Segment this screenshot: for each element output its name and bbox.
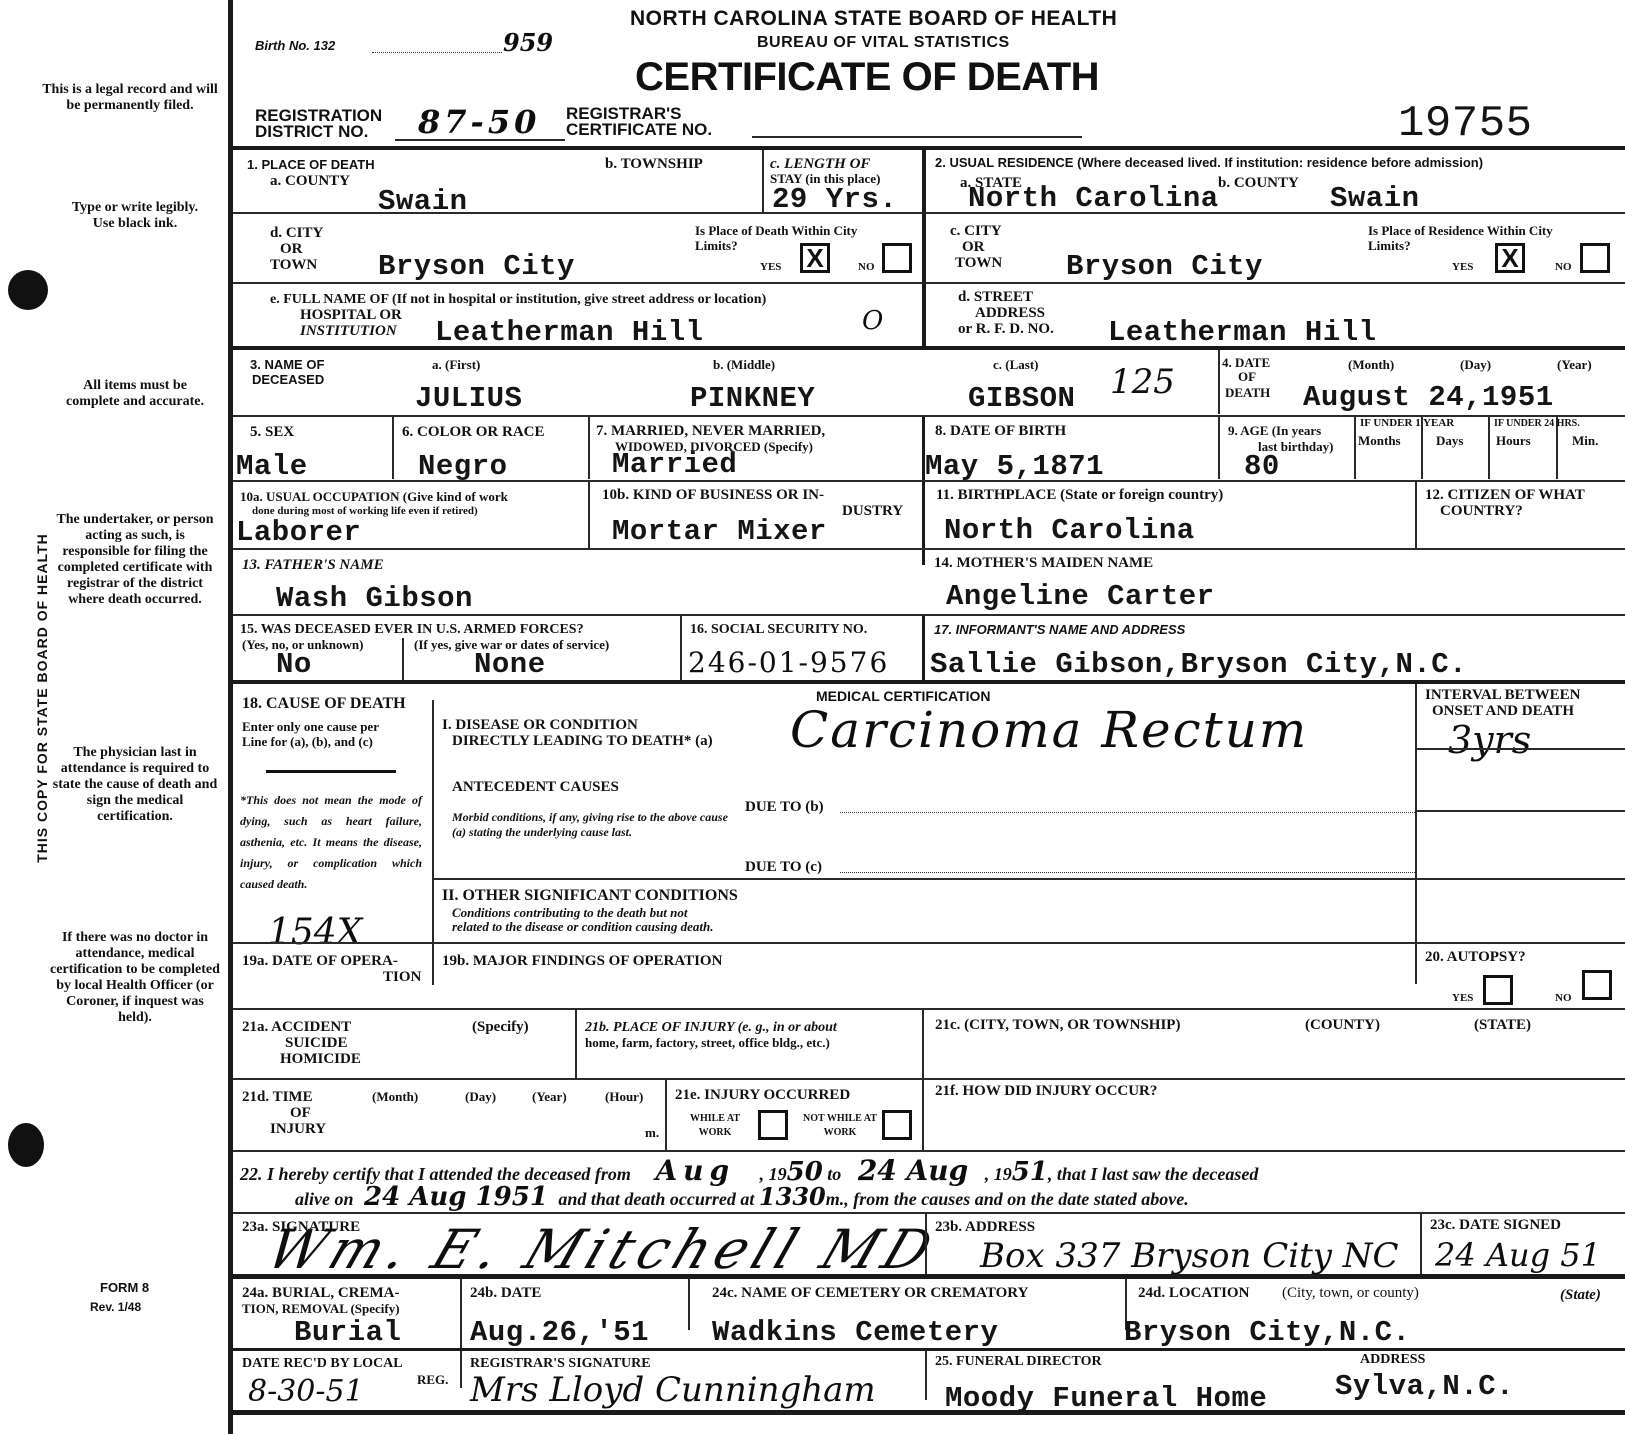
residence-county-label: b. COUNTY — [1218, 176, 1299, 191]
residence-state-value: North Carolina — [968, 184, 1219, 213]
cert-to-label: to — [827, 1164, 841, 1184]
industry-label: 10b. KIND OF BUSINESS OR IN- — [602, 488, 824, 503]
no-label: NO — [1555, 262, 1572, 273]
residence-county-value: Swain — [1330, 184, 1420, 213]
divider — [266, 770, 396, 773]
death-city-value: Bryson City — [378, 252, 575, 281]
citizen-label: 12. CITIZEN OF WHAT — [1425, 488, 1585, 503]
armed-forces-label: 15. WAS DECEASED EVER IN U.S. ARMED FORC… — [240, 622, 584, 637]
days-label: Days — [1436, 434, 1463, 447]
autopsy-yes-checkbox[interactable] — [1483, 975, 1513, 1005]
cert-to-date: 24 Aug — [846, 1154, 980, 1187]
divider — [922, 1010, 924, 1152]
injury-hour-label: (Hour) — [605, 1090, 643, 1103]
divider — [922, 616, 925, 680]
last-name-value: GIBSON — [968, 384, 1075, 413]
page-title: CERTIFICATE OF DEATH — [635, 55, 1099, 99]
cert-text-4: m., from the causes and on the date stat… — [826, 1189, 1189, 1209]
while-at-work-label: WHILE AT WORK — [675, 1112, 755, 1140]
residence-city-or: OR — [962, 240, 985, 255]
divider — [680, 616, 682, 680]
injury-city-label: 21c. (CITY, TOWN, OR TOWNSHIP) — [935, 1018, 1180, 1033]
informant-value: Sallie Gibson,Bryson City,N.C. — [930, 650, 1467, 679]
date-received-label-2: REG. — [417, 1372, 448, 1387]
middle-name-label: b. (Middle) — [713, 358, 775, 371]
stay-value: 29 Yrs. — [772, 185, 897, 214]
interval-label: INTERVAL BETWEEN — [1425, 688, 1581, 703]
due-to-c-label: DUE TO (c) — [745, 860, 822, 875]
sex-label: 5. SEX — [250, 425, 294, 440]
yes-label: YES — [1452, 993, 1473, 1004]
injury-month-label: (Month) — [372, 1090, 418, 1103]
autopsy-no-checkbox[interactable] — [1582, 970, 1612, 1000]
reg-district-label-2: DISTRICT NO. — [255, 124, 368, 139]
injury-state-label: (STATE) — [1474, 1018, 1531, 1033]
other-conditions-label: II. OTHER SIGNIFICANT CONDITIONS — [442, 888, 738, 903]
autopsy-label: 20. AUTOPSY? — [1425, 950, 1526, 965]
father-label: 13. FATHER'S NAME — [242, 558, 384, 573]
place-of-death-label: 1. PLACE OF DEATH — [247, 158, 375, 171]
funeral-address-label: ADDRESS — [1360, 1352, 1425, 1367]
divider — [1218, 350, 1220, 414]
injury-county-label: (COUNTY) — [1305, 1018, 1380, 1033]
death-within-limits-yes-checkbox[interactable]: X — [800, 243, 830, 273]
divider — [588, 482, 590, 548]
last-name-label: c. (Last) — [993, 358, 1039, 371]
cause-note-1: Enter only one cause per — [242, 720, 379, 733]
reg-district-value: 87-50 — [418, 103, 540, 141]
death-within-limits-no-checkbox[interactable] — [882, 243, 912, 273]
birthplace-value: North Carolina — [944, 516, 1195, 545]
hospital-mark: O — [862, 306, 883, 336]
divider — [922, 146, 926, 348]
within-limits-label-2: Limits? — [695, 239, 738, 252]
location-hint: (City, town, or county) — [1282, 1286, 1419, 1301]
informant-label: 17. INFORMANT'S NAME AND ADDRESS — [934, 622, 1185, 637]
margin-note-undertaker: The undertaker, or person acting as such… — [50, 512, 220, 608]
deceased-name-label: 3. NAME OF — [250, 358, 324, 371]
location-state-label: (State) — [1560, 1288, 1601, 1303]
cause-footnote: *This does not mean the mode of dying, s… — [240, 790, 422, 895]
operation-findings-label: 19b. MAJOR FINDINGS OF OPERATION — [442, 954, 722, 969]
injury-time-label-2: OF — [290, 1106, 311, 1121]
divider — [233, 1212, 1625, 1214]
yes-label: YES — [760, 262, 781, 273]
registrar-signature: Mrs Lloyd Cunningham — [470, 1370, 876, 1410]
injury-day-label: (Day) — [465, 1090, 496, 1103]
industry-label-2: DUSTRY — [842, 504, 903, 519]
divider — [922, 417, 925, 565]
funeral-director-value: Moody Funeral Home — [945, 1384, 1267, 1413]
divider — [233, 1410, 1625, 1415]
hospital-value: Leatherman Hill — [435, 318, 704, 347]
margin-note-legal: This is a legal record and will be perma… — [40, 82, 220, 114]
disease-label: I. DISEASE OR CONDITION — [442, 718, 638, 733]
not-at-work-checkbox[interactable] — [882, 1110, 912, 1140]
cert-alive-date: 24 Aug 1951 — [358, 1182, 554, 1212]
reg-district-line — [395, 139, 565, 141]
under-1-year-label: IF UNDER 1 YEAR — [1360, 418, 1454, 429]
marital-label: 7. MARRIED, NEVER MARRIED, — [596, 424, 825, 439]
divider — [588, 417, 590, 479]
cause-c-line — [840, 872, 1415, 873]
bureau-name: BUREAU OF VITAL STATISTICS — [757, 35, 1010, 50]
residence-within-limits-label: Is Place of Residence Within City — [1368, 224, 1553, 237]
while-at-work-checkbox[interactable] — [758, 1110, 788, 1140]
cause-b-line — [840, 812, 1415, 813]
cause-of-death-label: 18. CAUSE OF DEATH — [242, 696, 406, 711]
divider — [688, 1278, 690, 1330]
interval-label-2: ONSET AND DEATH — [1432, 704, 1574, 719]
cert-death-time: 1330 — [759, 1182, 826, 1211]
cert-text-3: and that death occurred at — [558, 1189, 754, 1209]
registrar-cert-line — [752, 136, 1082, 138]
registrar-cert-label-2: CERTIFICATE NO. — [566, 122, 712, 137]
certification-line-2: alive on 24 Aug 1951 and that death occu… — [295, 1186, 1625, 1210]
margin-note-complete: All items must be complete and accurate. — [55, 378, 215, 410]
form-left-border — [228, 0, 233, 1434]
address-label: 23b. ADDRESS — [935, 1220, 1035, 1235]
registrar-signature-label: REGISTRAR'S SIGNATURE — [470, 1356, 651, 1371]
divider — [1415, 482, 1417, 548]
divider — [1218, 417, 1220, 479]
form-revision: Rev. 1/48 — [90, 1300, 141, 1314]
divider — [1354, 417, 1356, 479]
hospital-label-2: HOSPITAL OR — [300, 308, 402, 323]
yes-label: YES — [1452, 262, 1473, 273]
how-injury-label: 21f. HOW DID INJURY OCCUR? — [935, 1084, 1157, 1099]
divider — [233, 548, 1625, 550]
divider — [925, 1350, 927, 1400]
county-label: a. COUNTY — [270, 174, 350, 189]
burial-date-value: Aug.26,'51 — [470, 1318, 649, 1347]
injury-occurred-label: 21e. INJURY OCCURRED — [675, 1088, 850, 1103]
other-conditions-note: Conditions contributing to the death but… — [452, 906, 688, 919]
birth-number-line — [372, 52, 502, 53]
divider — [402, 638, 404, 680]
armed-service-value: None — [474, 650, 546, 679]
divider — [233, 1150, 1625, 1152]
margin-note-type: Type or write legibly. Use black ink. — [60, 200, 210, 232]
ssn-label: 16. SOCIAL SECURITY NO. — [690, 622, 867, 637]
divider — [1415, 810, 1625, 812]
divider — [925, 1214, 927, 1274]
dob-value: May 5,1871 — [925, 452, 1104, 481]
street-value: Leatherman Hill — [1108, 318, 1377, 347]
no-label: NO — [1555, 993, 1572, 1004]
dod-label-3: DEATH — [1225, 386, 1270, 399]
divider — [434, 878, 1625, 880]
date-received-label: DATE REC'D BY LOCAL — [242, 1356, 403, 1371]
under-24-hours-label: IF UNDER 24 HRS. — [1494, 418, 1580, 429]
divider — [1488, 417, 1490, 479]
divider — [665, 1080, 667, 1150]
street-label-2: ADDRESS — [975, 306, 1045, 321]
occupation-value: Laborer — [236, 518, 361, 547]
funeral-director-label: 25. FUNERAL DIRECTOR — [935, 1354, 1102, 1369]
city-label-town: TOWN — [270, 258, 317, 273]
due-to-b-label: DUE TO (b) — [745, 800, 824, 815]
industry-value: Mortar Mixer — [612, 517, 827, 546]
ssn-value: 246-01-9576 — [688, 646, 889, 679]
citizen-label-2: COUNTRY? — [1440, 504, 1523, 519]
cert-text-1: 22. I hereby certify that I attended the… — [240, 1164, 631, 1184]
divider — [233, 942, 1625, 944]
margin-note-no-doctor: If there was no doctor in attendance, me… — [50, 930, 220, 1026]
dod-month-label: (Month) — [1348, 358, 1394, 371]
punch-hole-icon — [8, 1123, 44, 1167]
marital-value: Married — [612, 450, 737, 479]
street-label: d. STREET — [958, 290, 1033, 305]
antecedent-label: ANTECEDENT CAUSES — [452, 780, 619, 795]
divider — [575, 1010, 577, 1080]
cert-from-year-prefix: , 19 — [760, 1164, 787, 1184]
burial-method-label-2: TION, REMOVAL (Specify) — [242, 1302, 400, 1315]
birthplace-label: 11. BIRTHPLACE (State or foreign country… — [936, 488, 1223, 503]
injury-place-label-2: home, farm, factory, street, office bldg… — [585, 1036, 830, 1049]
residence-city-label: c. CITY — [950, 224, 1002, 239]
cert-alive-label: alive on — [295, 1189, 354, 1209]
form-number: FORM 8 — [100, 1280, 149, 1295]
dob-label: 8. DATE OF BIRTH — [935, 424, 1066, 439]
street-label-3: or R. F. D. NO. — [958, 322, 1054, 337]
residence-label: 2. USUAL RESIDENCE (Where deceased lived… — [935, 156, 1483, 169]
accident-label-3: HOMICIDE — [280, 1052, 361, 1067]
divider — [924, 282, 1625, 284]
injury-time-label-3: INJURY — [270, 1122, 326, 1137]
divider — [1420, 1214, 1422, 1274]
stay-label: c. LENGTH OF — [770, 157, 870, 172]
age-value: 80 — [1244, 452, 1280, 481]
cemetery-value: Wadkins Cemetery — [712, 1318, 998, 1347]
birth-number-label: Birth No. 132 — [255, 38, 335, 53]
cause-code: 154X — [268, 912, 362, 953]
hospital-label-3: INSTITUTION — [300, 324, 397, 339]
divider — [233, 1348, 1625, 1351]
months-label: Months — [1358, 434, 1401, 447]
residence-within-limits-no-checkbox[interactable] — [1580, 243, 1610, 273]
cert-to-year-prefix: , 19 — [985, 1164, 1012, 1184]
within-limits-label: Is Place of Death Within City — [695, 224, 857, 237]
date-of-death-value: August 24,1951 — [1303, 383, 1554, 412]
first-name-label: a. (First) — [432, 358, 480, 371]
divider — [228, 146, 1625, 150]
margin-note-physician: The physician last in attendance is requ… — [50, 745, 220, 825]
divider — [228, 346, 1625, 350]
divider — [233, 282, 923, 284]
accident-label: 21a. ACCIDENT — [242, 1020, 351, 1035]
residence-city-town: TOWN — [955, 256, 1002, 271]
reg-district-label: REGISTRATION — [255, 108, 382, 123]
occupation-label: 10a. USUAL OCCUPATION (Give kind of work — [240, 490, 508, 503]
operation-date-label-2: TION — [383, 970, 421, 985]
hours-label: Hours — [1496, 434, 1531, 447]
township-label: b. TOWNSHIP — [605, 157, 703, 172]
divider — [924, 212, 1625, 214]
birth-number-value: 959 — [503, 28, 553, 57]
injury-place-label: 21b. PLACE OF INJURY (e. g., in or about — [585, 1020, 837, 1035]
middle-name-value: PINKNEY — [690, 384, 815, 413]
divider — [233, 1008, 1625, 1010]
residence-within-limits-label-2: Limits? — [1368, 239, 1411, 252]
no-label: NO — [858, 262, 875, 273]
divider — [1415, 748, 1625, 750]
location-value: Bryson City,N.C. — [1124, 1318, 1410, 1347]
accident-specify: (Specify) — [472, 1020, 529, 1035]
hospital-label: e. FULL NAME OF (If not in hospital or i… — [270, 292, 766, 307]
dod-label: 4. DATE — [1222, 356, 1270, 369]
left-margin: This is a legal record and will be perma… — [0, 0, 228, 1434]
divider — [233, 1274, 1625, 1279]
antecedent-note: Morbid conditions, if any, giving rise t… — [452, 810, 742, 840]
mother-label: 14. MOTHER'S MAIDEN NAME — [934, 556, 1153, 571]
divider — [762, 150, 764, 212]
divider — [233, 1078, 1625, 1080]
date-received-value: 8-30-51 — [248, 1374, 364, 1409]
father-value: Wash Gibson — [276, 584, 473, 613]
vertical-copy-text: THIS COPY FOR STATE BOARD OF HEALTH — [34, 498, 50, 898]
deceased-name-label-2: DECEASED — [252, 373, 324, 386]
board-name: NORTH CAROLINA STATE BOARD OF HEALTH — [630, 8, 1117, 30]
disease-label-2: DIRECTLY LEADING TO DEATH* (a) — [452, 734, 713, 749]
physician-signature: Wm. E. Mitchell MD — [259, 1220, 945, 1280]
dod-day-label: (Day) — [1460, 358, 1491, 371]
accident-label-2: SUICIDE — [285, 1036, 348, 1051]
funeral-address-value: Sylva,N.C. — [1335, 1372, 1514, 1401]
interval-value: 3yrs — [1448, 718, 1531, 762]
minutes-label: Min. — [1572, 434, 1598, 447]
dod-label-2: OF — [1238, 370, 1256, 383]
not-at-work-label: NOT WHILE AT WORK — [795, 1112, 885, 1140]
injury-m-label: m. — [645, 1126, 659, 1139]
race-label: 6. COLOR OR RACE — [402, 425, 545, 440]
date-signed-label: 23c. DATE SIGNED — [1430, 1218, 1561, 1233]
cause-a-value: Carcinoma Rectum — [790, 705, 1308, 755]
burial-method-value: Burial — [294, 1318, 401, 1347]
certificate-number: 19755 — [1398, 102, 1533, 146]
cert-from-date: Aug — [635, 1154, 755, 1187]
race-value: Negro — [418, 452, 508, 481]
divider — [233, 212, 923, 214]
cert-text-2: , that I last saw the deceased — [1048, 1164, 1259, 1184]
mother-value: Angeline Carter — [946, 582, 1215, 611]
burial-method-label: 24a. BURIAL, CREMA- — [242, 1286, 400, 1301]
injury-year-label: (Year) — [532, 1090, 567, 1103]
last-name-code-mark: 125 — [1110, 362, 1175, 402]
first-name-value: JULIUS — [415, 384, 522, 413]
dod-year-label: (Year) — [1557, 358, 1592, 371]
date-signed-value: 24 Aug 51 — [1435, 1236, 1601, 1274]
divider — [392, 417, 394, 479]
residence-city-value: Bryson City — [1066, 252, 1263, 281]
residence-within-limits-yes-checkbox[interactable]: X — [1495, 243, 1525, 273]
registrar-cert-label: REGISTRAR'S — [566, 106, 682, 121]
divider — [233, 614, 1625, 616]
city-label-or: OR — [280, 242, 303, 257]
age-label: 9. AGE (In years — [1228, 424, 1321, 437]
other-conditions-note-2: related to the disease or condition caus… — [452, 920, 713, 933]
cert-to-year: 51 — [1012, 1157, 1048, 1187]
burial-date-label: 24b. DATE — [470, 1286, 541, 1301]
divider — [460, 1278, 462, 1388]
divider — [1415, 684, 1417, 984]
operation-date-label: 19a. DATE OF OPERA- — [242, 954, 398, 969]
location-label: 24d. LOCATION — [1138, 1286, 1249, 1301]
cemetery-label: 24c. NAME OF CEMETERY OR CREMATORY — [712, 1286, 1028, 1301]
sex-value: Male — [236, 452, 308, 481]
city-label: d. CITY — [270, 226, 323, 241]
physician-address: Box 337 Bryson City NC — [980, 1236, 1399, 1276]
armed-forces-value: No — [276, 650, 312, 679]
injury-time-label: 21d. TIME — [242, 1090, 313, 1105]
cause-note-2: Line for (a), (b), and (c) — [242, 735, 373, 748]
punch-hole-icon — [8, 270, 48, 310]
